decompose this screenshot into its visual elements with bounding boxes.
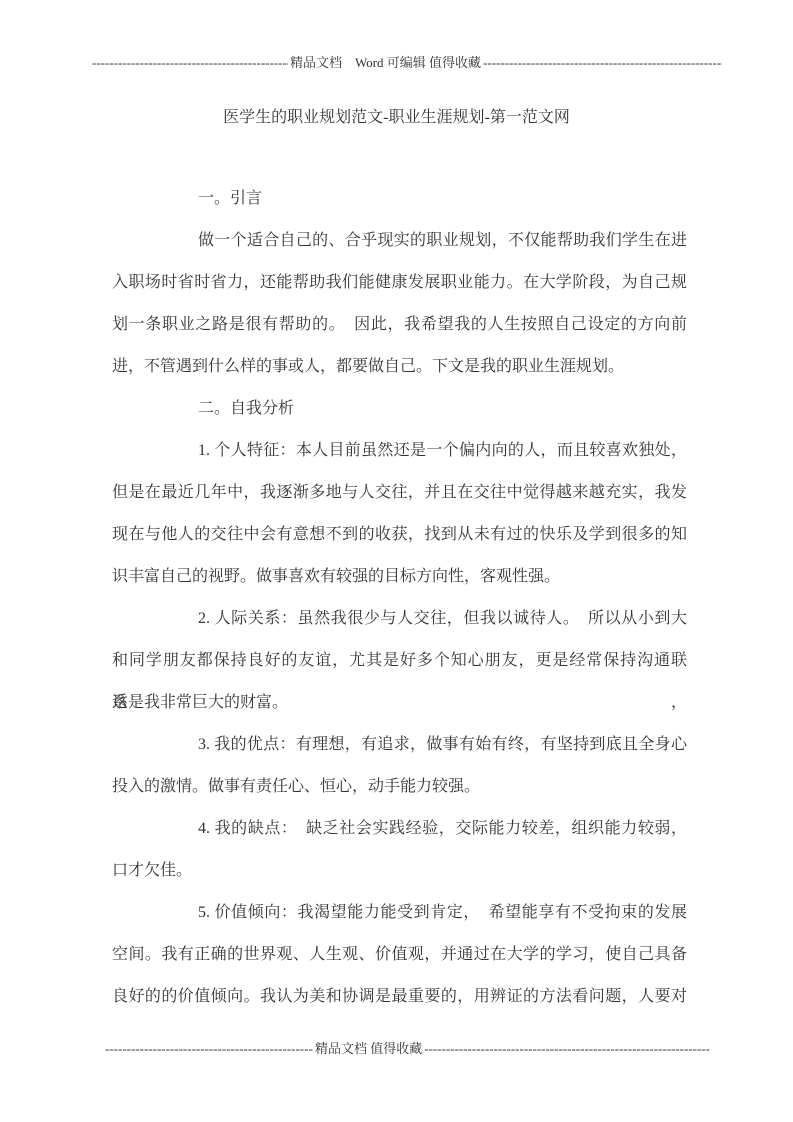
footer-dashes-right: ----------------------------------------…	[424, 1040, 710, 1058]
paragraph-line: 1. 个人特征：本人目前虽然还是一个偏内向的人，而且较喜欢独处，	[112, 430, 687, 472]
paragraph-line: 4. 我的缺点： 缺乏社会实践经验，交际能力较差，组织能力较弱，	[112, 808, 687, 850]
document-page: ----------------------------------------…	[0, 0, 793, 1122]
paragraph-line: 空间。我有正确的世界观、人生观、价值观，并通过在大学的学习，使自己具备	[112, 934, 687, 976]
header-label: 精品文档 Word 可编辑 值得收藏	[288, 54, 483, 72]
header-dashes-right: ----------------------------------------…	[483, 54, 722, 72]
paragraph-line: 2. 人际关系：虽然我很少与人交往，但我以诚待人。 所以从小到大	[112, 598, 687, 640]
paragraph-line: 口才欠佳。	[112, 850, 687, 892]
section-heading-intro: 一。引言	[112, 178, 687, 220]
section-heading-self-analysis: 二。自我分析	[112, 388, 687, 430]
paragraph-line: 但是在最近几年中，我逐渐多地与人交往，并且在交往中觉得越来越充实，我发	[112, 472, 687, 514]
document-title: 医学生的职业规划范文-职业生涯规划-第一范文网	[0, 106, 793, 130]
paragraph-line: 划一条职业之路是很有帮助的。 因此，我希望我的人生按照自己设定的方向前	[112, 304, 687, 346]
paragraph-line: 投入的激情。做事有责任心、恒心，动手能力较强。	[112, 766, 687, 808]
paragraph-line: 5. 价值倾向：我渴望能力能受到肯定， 希望能享有不受拘束的发展	[112, 892, 687, 934]
footer-dashes-left: ----------------------------------------…	[105, 1040, 313, 1058]
footer-rule: ----------------------------------------…	[105, 1040, 710, 1058]
paragraph-line: 识丰富自己的视野。做事喜欢有较强的目标方向性，客观性强。	[112, 556, 687, 598]
paragraph-line: 进，不管遇到什么样的事或人，都要做自己。下文是我的职业生涯规划。	[112, 346, 687, 388]
paragraph-line: 良好的的价值倾向。我认为美和协调是最重要的，用辨证的方法看问题，人要对	[112, 976, 687, 1018]
paragraph-line: 做一个适合自己的、合乎现实的职业规划，不仅能帮助我们学生在进	[112, 220, 687, 262]
paragraph-line: 3. 我的优点：有理想，有追求，做事有始有终，有坚持到底且全身心	[112, 724, 687, 766]
header-dashes-left: ----------------------------------------…	[92, 54, 288, 72]
paragraph-line: 入职场时省时省力，还能帮助我们能健康发展职业能力。在大学阶段，为自己规	[112, 262, 687, 304]
paragraph-line: 和同学朋友都保持良好的友谊，尤其是好多个知心朋友，更是经常保持沟通联系，	[112, 640, 687, 682]
document-body: 一。引言 做一个适合自己的、合乎现实的职业规划，不仅能帮助我们学生在进 入职场时…	[112, 178, 687, 1018]
footer-label: 精品文档 值得收藏	[313, 1040, 424, 1058]
header-rule: ----------------------------------------…	[92, 54, 722, 72]
paragraph-line: 现在与他人的交往中会有意想不到的收获，找到从未有过的快乐及学到很多的知	[112, 514, 687, 556]
